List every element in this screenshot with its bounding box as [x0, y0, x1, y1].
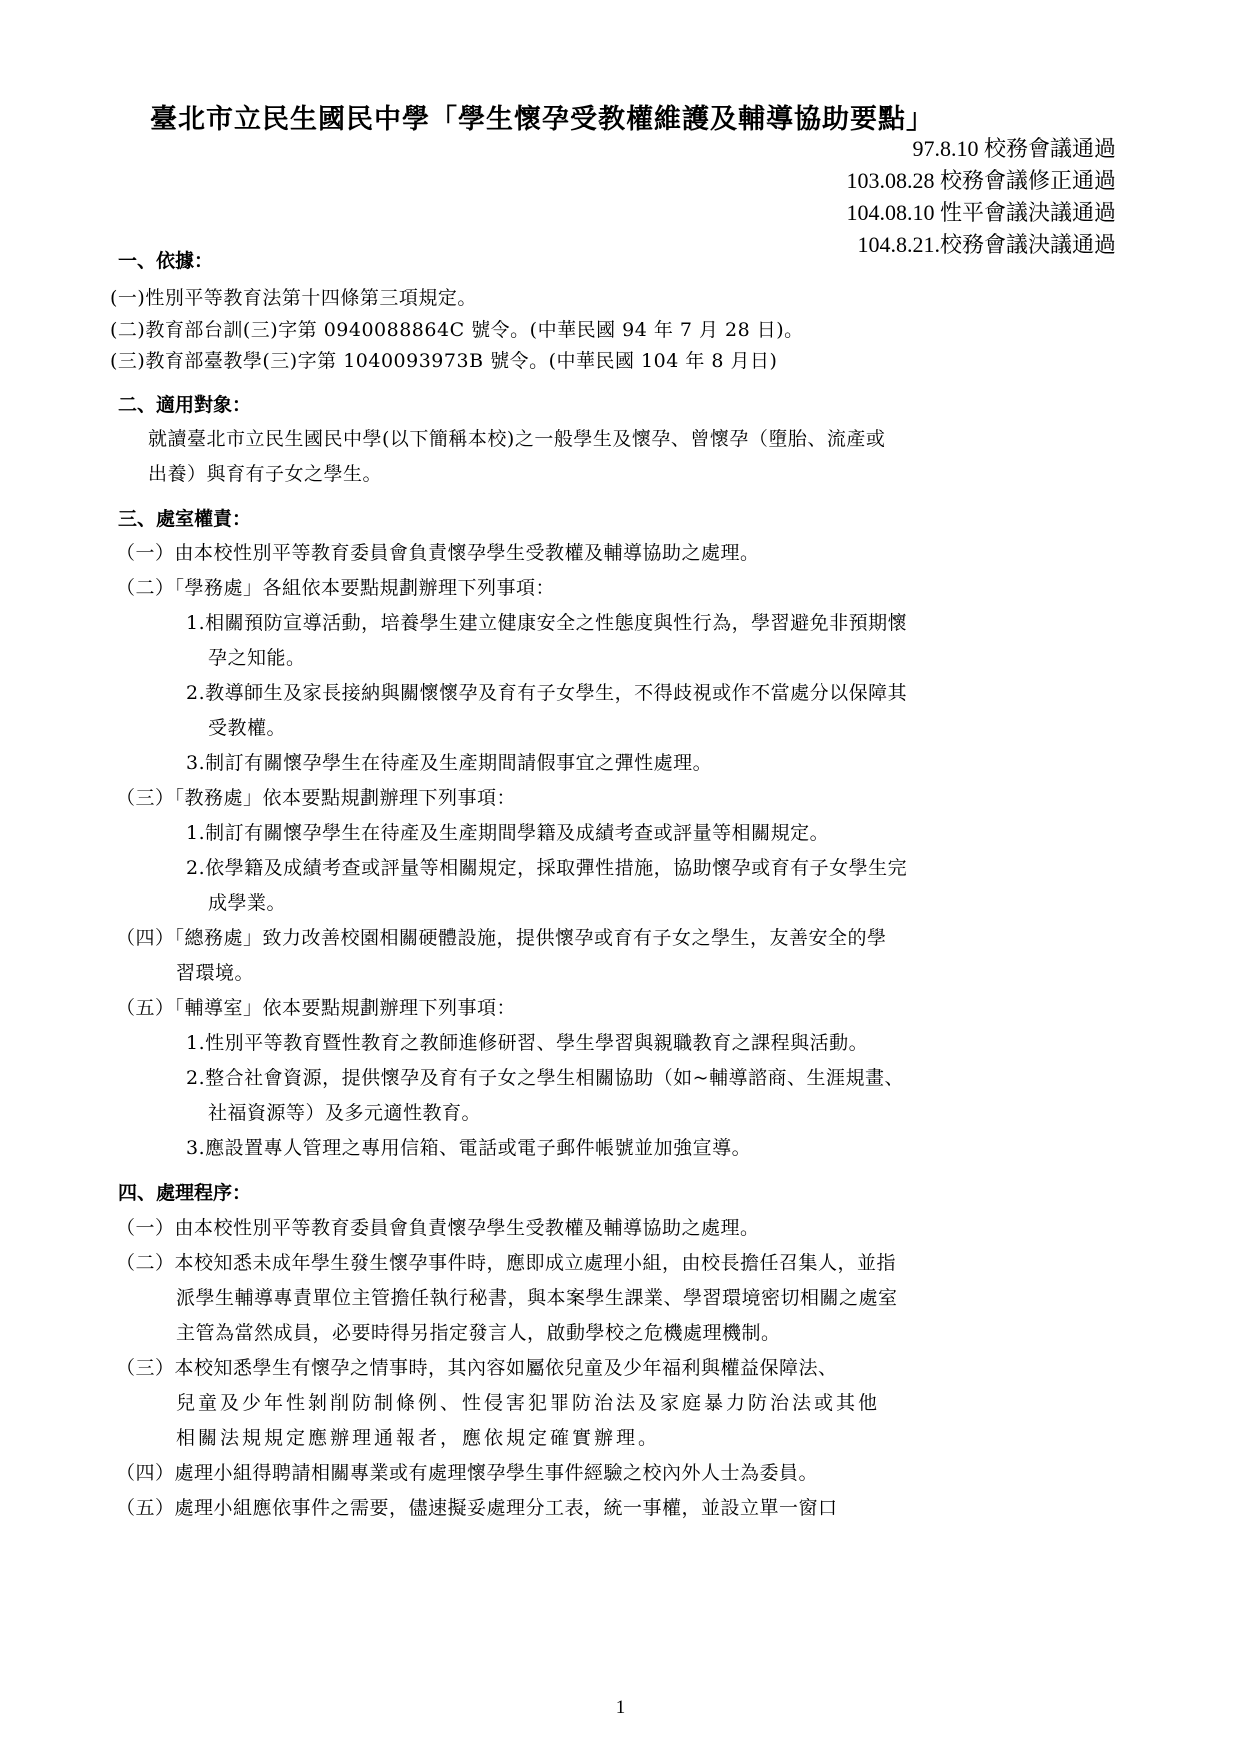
scope-text: 就讀臺北市立民生國民中學(以下簡稱本校)之一般學生及懷孕、曾懷孕（墮胎、流產或 — [148, 424, 885, 451]
approval-history: 97.8.10 校務會議通過 103.08.28 校務會議修正通過 104.08… — [846, 133, 1116, 261]
sub-item: 2.依學籍及成績考查或評量等相關規定，採取彈性措施，協助懷孕或育有子女學生完 — [186, 853, 907, 880]
responsibility-item: （五）「輔導室」依本要點規劃辦理下列事項： — [116, 993, 516, 1020]
procedure-item-cont: 派學生輔導專責單位主管擔任執行秘書，與本案學生課業、學習環境密切相關之處室 — [176, 1283, 898, 1310]
approval-line: 103.08.28 校務會議修正通過 — [846, 165, 1116, 197]
procedure-item-cont: 主管為當然成員，必要時得另指定發言人，啟動學校之危機處理機制。 — [176, 1318, 781, 1345]
procedure-item-cont: 兒童及少年性剝削防制條例、性侵害犯罪防治法及家庭暴力防治法或其他 — [176, 1388, 880, 1415]
sub-item: 2.教導師生及家長接納與關懷懷孕及育有子女學生，不得歧視或作不當處分以保障其 — [186, 678, 907, 705]
approval-line: 104.08.10 性平會議決議通過 — [846, 197, 1116, 229]
approval-line: 104.8.21.校務會議決議通過 — [846, 229, 1116, 261]
section-heading-responsibilities: 三、處室權責： — [118, 504, 251, 531]
basis-item: (三)教育部臺教學(三)字第 1040093973B 號令。(中華民國 104 … — [110, 346, 777, 373]
basis-item: (一)性別平等教育法第十四條第三項規定。 — [110, 283, 477, 310]
sub-item: 2.整合社會資源，提供懷孕及育有子女之學生相關協助（如~輔導諮商、生涯規畫、 — [186, 1063, 904, 1090]
procedure-item: （一）由本校性別平等教育委員會負責懷孕學生受教權及輔導協助之處理。 — [116, 1213, 760, 1240]
sub-item: 1.相關預防宣導活動，培養學生建立健康安全之性態度與性行為，學習避免非預期懷 — [186, 608, 907, 635]
section-heading-scope: 二、適用對象： — [118, 390, 251, 417]
sub-item: 3.應設置專人管理之專用信箱、電話或電子郵件帳號並加強宣導。 — [186, 1133, 751, 1160]
procedure-item: （五）處理小組應依事件之需要，儘速擬妥處理分工表，統一事權，並設立單一窗口 — [116, 1493, 838, 1520]
responsibility-item: （二）「學務處」各組依本要點規劃辦理下列事項： — [116, 573, 555, 600]
document-title: 臺北市立民生國民中學「學生懷孕受教權維護及輔導協助要點」 — [150, 97, 1100, 136]
page-number: 1 — [0, 1697, 1241, 1719]
procedure-item: （三）本校知悉學生有懷孕之情事時，其內容如屬依兒童及少年福利與權益保障法、 — [116, 1353, 838, 1380]
approval-line: 97.8.10 校務會議通過 — [846, 133, 1116, 165]
procedure-item: （四）處理小組得聘請相關專業或有處理懷孕學生事件經驗之校內外人士為委員。 — [116, 1458, 818, 1485]
procedure-item: （二）本校知悉未成年學生發生懷孕事件時，應即成立處理小組，由校長擔任召集人，並指 — [116, 1248, 896, 1275]
sub-item-cont: 成學業。 — [208, 888, 286, 915]
sub-item: 1.制訂有關懷孕學生在待產及生產期間學籍及成績考查或評量等相關規定。 — [186, 818, 829, 845]
basis-item: (二)教育部台訓(三)字第 0940088864C 號令。(中華民國 94 年 … — [110, 315, 804, 342]
document-page: 臺北市立民生國民中學「學生懷孕受教權維護及輔導協助要點」 97.8.10 校務會… — [0, 0, 1241, 1754]
sub-item-cont: 孕之知能。 — [208, 643, 306, 670]
sub-item-cont: 受教權。 — [208, 713, 286, 740]
sub-item-cont: 社福資源等）及多元適性教育。 — [208, 1098, 481, 1125]
sub-item: 1.性別平等教育暨性教育之教師進修研習、學生學習與親職教育之課程與活動。 — [186, 1028, 868, 1055]
scope-text: 出養）與育有子女之學生。 — [148, 459, 382, 486]
responsibility-item: （四）「總務處」致力改善校園相關硬體設施，提供懷孕或育有子女之學生，友善安全的學 — [116, 923, 887, 950]
responsibility-item: （一）由本校性別平等教育委員會負責懷孕學生受教權及輔導協助之處理。 — [116, 538, 760, 565]
section-heading-basis: 一、依據： — [118, 246, 213, 273]
responsibility-item: （三）「教務處」依本要點規劃辦理下列事項： — [116, 783, 516, 810]
sub-item: 3.制訂有關懷孕學生在待產及生產期間請假事宜之彈性處理。 — [186, 748, 712, 775]
responsibility-item-cont: 習環境。 — [176, 958, 254, 985]
procedure-item-cont: 相關法規規定應辦理通報者，應依規定確實辦理。 — [176, 1423, 660, 1450]
section-heading-procedure: 四、處理程序： — [118, 1178, 251, 1205]
